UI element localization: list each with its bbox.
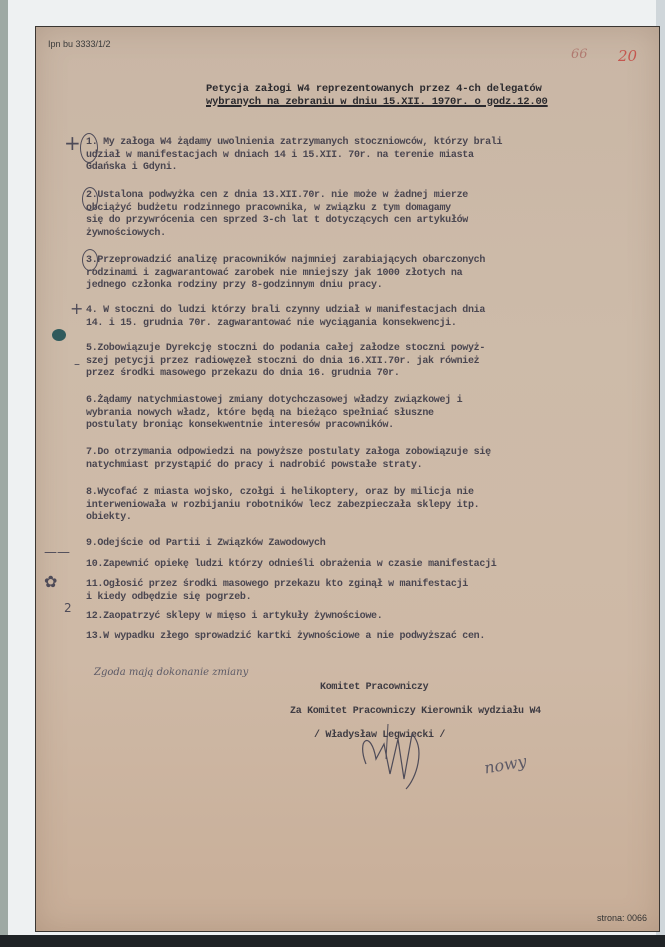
background-edge: [0, 0, 8, 947]
petition-point-11: 11.Ogłosić przez środki masowego przekaz…: [86, 579, 646, 604]
handwritten-circle-1: [80, 133, 98, 163]
handwritten-circle-3: [82, 249, 98, 271]
committee-signatory-title: Za Komitet Pracowniczy Kierownik wydział…: [290, 706, 541, 717]
folio-number-2: 20: [618, 47, 637, 65]
petition-point-6: 6.Żądamy natychmiastowej zmiany dotychcz…: [86, 395, 646, 433]
handwritten-cross-mark-1: +: [64, 131, 81, 155]
handwritten-mark-12: 2: [64, 601, 72, 615]
handwritten-word: nowy: [483, 751, 528, 777]
petition-point-10: 10.Zapewnić opiekę ludzi którzy odnieśli…: [86, 559, 646, 572]
document-title: Petycja załogi W4 reprezentowanych przez…: [206, 83, 656, 109]
handwritten-note: Zgoda mają dokonanie zmiany: [94, 667, 248, 678]
page-number-label: strona: 0066: [597, 913, 647, 923]
handwritten-dash-5: –: [74, 357, 80, 371]
petition-point-1: 1. My załoga W4 żądamy uwolnienia zatrzy…: [86, 137, 646, 175]
petition-point-5: 5.Zobowiązuje Dyrekcję stoczni do podani…: [86, 343, 646, 381]
handwritten-signature: [346, 719, 456, 799]
petition-point-12: 12.Zaopatrzyć sklepy w mięso i artykuły …: [86, 611, 646, 624]
scan-sheet: Ipn bu 3333/1/2 66 20 Petycja załogi W4 …: [8, 0, 656, 938]
title-line-2: wybranych na zebraniu w dniu 15.XII. 197…: [206, 96, 656, 109]
archive-reference: Ipn bu 3333/1/2: [48, 39, 111, 49]
folio-number-1: 66: [571, 47, 588, 62]
petition-point-9: 9.Odejście od Partii i Związków Zawodowy…: [86, 538, 646, 551]
document-page: Ipn bu 3333/1/2 66 20 Petycja załogi W4 …: [35, 26, 660, 932]
title-line-1: Petycja załogi W4 reprezentowanych przez…: [206, 83, 656, 96]
petition-point-2: 2.Ustalona podwyżka cen z dnia 13.XII.70…: [86, 190, 646, 240]
petition-point-8: 8.Wycofać z miasta wojsko, czołgi i heli…: [86, 487, 646, 525]
petition-point-7: 7.Do otrzymania odpowiedzi na powyższe p…: [86, 447, 646, 472]
handwritten-mark-11: ✿: [44, 572, 57, 591]
handwritten-circle-2: [82, 187, 98, 211]
handwritten-line-9: ——: [44, 545, 70, 560]
petition-point-13: 13.W wypadku złego sprowadzić kartki żyw…: [86, 631, 646, 644]
handwritten-cross-mark-4: +: [70, 299, 83, 318]
background-surface: [0, 935, 665, 947]
committee-name: Komitet Pracowniczy: [320, 682, 428, 693]
petition-point-3: 3.Przeprowadzić analizę pracowników najm…: [86, 255, 646, 293]
ink-blot: [52, 329, 66, 341]
petition-point-4: 4. W stoczni do ludzi którzy brali czynn…: [86, 305, 646, 330]
